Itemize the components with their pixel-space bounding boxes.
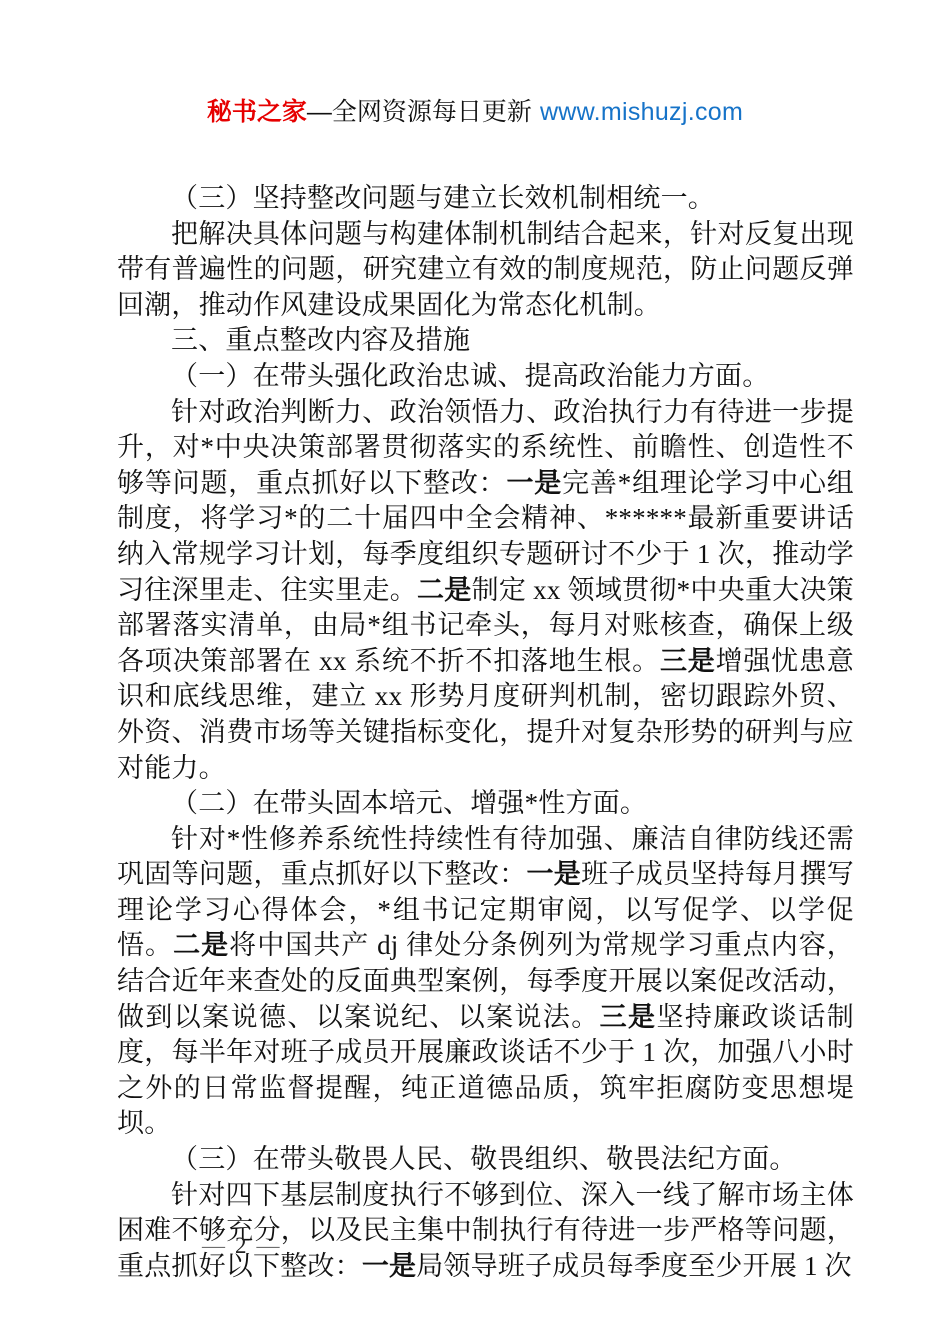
paragraph-5: 针对政治判断力、政治领悟力、政治执行力有待进一步提升，对*中央决策部署贯彻落实的… [117, 395, 854, 787]
paragraph-6: （二）在带头固本培元、增强*性方面。 [117, 786, 854, 822]
text-run: 局领导班子成员每季度至少开展 1 次 [416, 1251, 852, 1281]
site-url[interactable]: www.mishuzj.com [540, 98, 743, 126]
text-run: （三）在带头敬畏人民、敬畏组织、敬畏法纪方面。 [171, 1144, 797, 1174]
emphasis-run: 一是 [362, 1251, 416, 1281]
text-run: （一）在带头强化政治忠诚、提高政治能力方面。 [171, 361, 769, 391]
header-tagline: —全网资源每日更新 [307, 98, 532, 126]
brand-name: 秘书之家 [207, 98, 307, 126]
paragraph-3: 三、重点整改内容及措施 [117, 323, 854, 359]
document-page: 秘书之家—全网资源每日更新www.mishuzj.com （三）坚持整改问题与建… [0, 0, 950, 1344]
page-number: —2— [192, 1232, 290, 1260]
page-number-dash-left: — [192, 1233, 235, 1258]
emphasis-run: 三是 [660, 646, 716, 676]
text-run: （三）坚持整改问题与建立长效机制相统一。 [171, 183, 715, 213]
emphasis-run: 一是 [506, 468, 562, 498]
emphasis-run: 一是 [527, 859, 582, 889]
emphasis-run: 二是 [173, 930, 229, 960]
text-run: 三、重点整改内容及措施 [171, 325, 470, 355]
paragraph-1: （三）坚持整改问题与建立长效机制相统一。 [117, 181, 854, 217]
page-number-value: 2 [235, 1233, 247, 1258]
text-run: 把解决具体问题与构建体制机制结合起来，针对反复出现带有普遍性的问题，研究建立有效… [117, 219, 854, 320]
text-run: （二）在带头固本培元、增强*性方面。 [171, 788, 647, 818]
paragraph-8: （三）在带头敬畏人民、敬畏组织、敬畏法纪方面。 [117, 1142, 854, 1178]
paragraph-7: 针对*性修养系统性持续性有待加强、廉洁自律防线还需巩固等问题，重点抓好以下整改：… [117, 822, 854, 1142]
emphasis-run: 三是 [600, 1002, 657, 1032]
paragraph-2: 把解决具体问题与构建体制机制结合起来，针对反复出现带有普遍性的问题，研究建立有效… [117, 217, 854, 324]
page-number-dash-right: — [247, 1233, 290, 1258]
emphasis-run: 二是 [417, 575, 472, 605]
site-header: 秘书之家—全网资源每日更新www.mishuzj.com [0, 97, 950, 127]
paragraph-4: （一）在带头强化政治忠诚、提高政治能力方面。 [117, 359, 854, 395]
document-body: （三）坚持整改问题与建立长效机制相统一。把解决具体问题与构建体制机制结合起来，针… [117, 181, 854, 1284]
